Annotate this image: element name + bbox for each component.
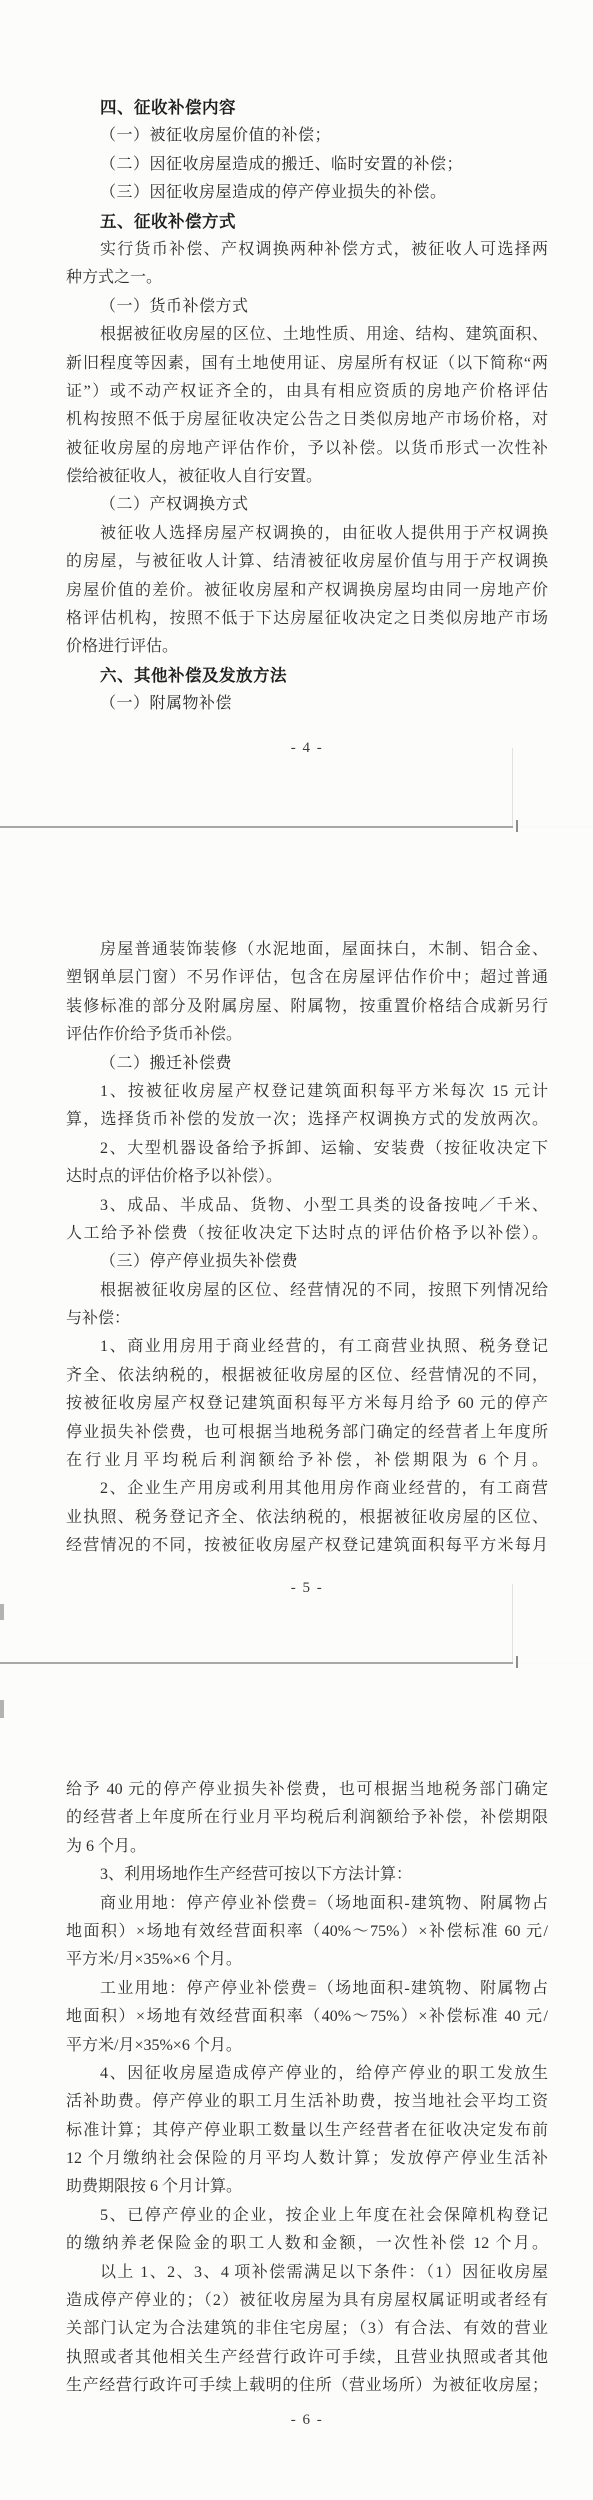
text-line: 地面积）×场地有效经营面积率（40%～75%）×补偿标准 40 元/ xyxy=(66,2003,548,2031)
text-line: （二）因征收房屋造成的搬迁、临时安置的补偿； xyxy=(66,151,548,179)
text-line: 1、商业用房用于商业经营的，有工商营业执照、税务登记 xyxy=(66,1333,548,1361)
text-line: 五、征收补偿方式 xyxy=(66,208,548,236)
text-line: 实行货币补偿、产权调换两种补偿方式，被征收人可选择两 xyxy=(66,236,548,264)
text-line: 与补偿： xyxy=(66,1305,548,1333)
text-line: 4、因征收房屋造成停产停业的，给停产停业的职工发放生 xyxy=(66,2060,548,2088)
text-line: 地面积）×场地有效经营面积率（40%～75%）×补偿标准 60 元/ xyxy=(66,1918,548,1946)
text-line: 机构按照不低于房屋征收决定公告之日类似房地产市场价格，对 xyxy=(66,406,548,434)
text-line: （二）产权调换方式 xyxy=(66,491,548,519)
text-line: 的房屋，与被征收人计算、结清被征收房屋价值与用于产权调换 xyxy=(66,548,548,576)
text-line: （三）停产停业损失补偿费 xyxy=(66,1248,548,1276)
text-line: （一）被征收房屋价值的补偿； xyxy=(66,122,548,150)
text-line: 平方米/月×35%×6 个月。 xyxy=(66,2032,548,2060)
text-line: 人工给予补偿费（按征收决定下达时点的评估价格予以补偿）。 xyxy=(66,1220,548,1248)
document-viewer: 四、征收补偿内容（一）被征收房屋价值的补偿；（二）因征收房屋造成的搬迁、临时安置… xyxy=(0,0,593,2500)
text-line: 根据被征收房屋的区位、土地性质、用途、结构、建筑面积、 xyxy=(66,321,548,349)
text-line: 执照或者其他相关生产经营行政许可手续，且营业执照或者其他 xyxy=(66,2344,548,2372)
text-line: 在行业月平均税后利润额给予补偿，补偿期限为 6 个月。 xyxy=(66,1447,548,1475)
text-line: 齐全、依法纳税的，根据被征收房屋的区位、经营情况的不同， xyxy=(66,1362,548,1390)
document-page-5: 房屋普通装饰装修（水泥地面，屋面抹白，木制、铝合金、塑钢单层门窗）不另作评估，包… xyxy=(0,828,593,1662)
text-line: 1、按被征收房屋产权登记建筑面积每平方米每次 15 元计 xyxy=(66,1078,548,1106)
text-line: 格评估机构，按照不低于下达房屋征收决定之日类似房地产市场 xyxy=(66,605,548,633)
text-line: 2、大型机器设备给予拆卸、运输、安装费（按征收决定下 xyxy=(66,1135,548,1163)
text-line: 给予 40 元的停产停业损失补偿费，也可根据当地税务部门确定 xyxy=(66,1776,548,1804)
text-line: 的经营者上年度所在行业月平均税后利润额给予补偿，补偿期限 xyxy=(66,1804,548,1832)
text-line: 偿给被征收人，被征收人自行安置。 xyxy=(66,463,548,491)
text-line: 房屋普通装饰装修（水泥地面，屋面抹白，木制、铝合金、 xyxy=(66,936,548,964)
scan-artifact xyxy=(512,748,513,826)
text-line: 装修标准的部分及附属房屋、附属物，按重置价格结合成新另行 xyxy=(66,993,548,1021)
text-line: 房屋价值的差价。被征收房屋和产权调换房屋均由同一房地产价 xyxy=(66,577,548,605)
text-line: 业执照、税务登记齐全、依法纳税的，根据被征收房屋的区位、 xyxy=(66,1504,548,1532)
text-line: 标准计算；其停产停业职工数量以生产经营者在征收决定发布前 xyxy=(66,2117,548,2145)
text-line: （三）因征收房屋造成的停产停业损失的补偿。 xyxy=(66,179,548,207)
text-line: 3、利用场地作生产经营可按以下方法计算： xyxy=(66,1861,548,1889)
scan-artifact xyxy=(0,1604,4,1620)
text-line: 停业损失补偿费，也可根据当地税务部门确定的经营者上年度所 xyxy=(66,1419,548,1447)
text-line: 根据被征收房屋的区位、经营情况的不同，按照下列情况给 xyxy=(66,1277,548,1305)
page-number: - 6 - xyxy=(66,2406,548,2434)
text-line: （一）货币补偿方式 xyxy=(66,293,548,321)
text-line: 12 个月缴纳社会保险的月平均人数计算；发放停产停业生活补 xyxy=(66,2145,548,2173)
text-line: 2、企业生产用房或利用其他用房作商业经营的，有工商营 xyxy=(66,1475,548,1503)
page-number: - 4 - xyxy=(66,734,548,762)
text-line: 价格进行评估。 xyxy=(66,633,548,661)
text-line: 的缴纳养老保险金的职工人数和金额，一次性补偿 12 个月。 xyxy=(66,2230,548,2258)
page-number: - 5 - xyxy=(66,1574,548,1602)
document-page-4: 四、征收补偿内容（一）被征收房屋价值的补偿；（二）因征收房屋造成的搬迁、临时安置… xyxy=(0,0,593,826)
scan-artifact xyxy=(516,1656,518,1668)
text-line: 以上 1、2、3、4 项补偿需满足以下条件：（1）因征收房屋 xyxy=(66,2259,548,2287)
text-line: 六、其他补偿及发放方法 xyxy=(66,662,548,690)
text-line: 被征收人选择房屋产权调换的，由征收人提供用于产权调换 xyxy=(66,520,548,548)
text-line: 塑钢单层门窗）不另作评估，包含在房屋评估作价中；超过普通 xyxy=(66,964,548,992)
text-line: 证”）或不动产权证齐全的，由具有相应资质的房地产价格评估 xyxy=(66,378,548,406)
text-line: 5、已停产停业的企业，按企业上年度在社会保障机构登记 xyxy=(66,2202,548,2230)
text-line: 平方米/月×35%×6 个月。 xyxy=(66,1946,548,1974)
scan-artifact xyxy=(0,1700,4,1718)
scan-artifact xyxy=(512,1584,513,1662)
text-line: 新旧程度等因素，国有土地使用证、房屋所有权证（以下简称“两 xyxy=(66,350,548,378)
text-line: 生产经营行政许可手续上载明的住所（营业场所）为被征收房屋； xyxy=(66,2372,548,2400)
text-line: 3、成品、半成品、货物、小型工具类的设备按吨／千米、 xyxy=(66,1192,548,1220)
text-line: （一）附属物补偿 xyxy=(66,690,548,718)
text-line: 算，选择货币补偿的发放一次；选择产权调换方式的发放两次。 xyxy=(66,1106,548,1134)
text-line: 助费期限按 6 个月计算。 xyxy=(66,2173,548,2201)
text-line: 被征收房屋的房地产评估作价，予以补偿。以货币形式一次性补 xyxy=(66,435,548,463)
text-line: 工业用地：停产停业补偿费=（场地面积-建筑物、附属物占 xyxy=(66,1975,548,2003)
document-page-6: 给予 40 元的停产停业损失补偿费，也可根据当地税务部门确定的经营者上年度所在行… xyxy=(0,1664,593,2500)
text-line: 关部门认定为合法建筑的非住宅房屋；（3）有合法、有效的营业 xyxy=(66,2315,548,2343)
text-line: 商业用地：停产停业补偿费=（场地面积-建筑物、附属物占 xyxy=(66,1890,548,1918)
text-line: 按被征收房屋产权登记建筑面积每平方米每月给予 60 元的停产 xyxy=(66,1390,548,1418)
text-line: 四、征收补偿内容 xyxy=(66,94,548,122)
text-line: 达时点的评估价格予以补偿）。 xyxy=(66,1163,548,1191)
text-line: 为 6 个月。 xyxy=(66,1833,548,1861)
text-line: 活补助费。停产停业的职工月生活补助费，按当地社会平均工资 xyxy=(66,2088,548,2116)
text-line: 造成停产停业的；（2）被征收房屋为具有房屋权属证明或者经有 xyxy=(66,2287,548,2315)
text-line: 评估作价给予货币补偿。 xyxy=(66,1021,548,1049)
text-line: 经营情况的不同，按被征收房屋产权登记建筑面积每平方米每月 xyxy=(66,1532,548,1560)
text-line: 种方式之一。 xyxy=(66,264,548,292)
text-line: （二）搬迁补偿费 xyxy=(66,1050,548,1078)
scan-artifact xyxy=(516,820,518,832)
